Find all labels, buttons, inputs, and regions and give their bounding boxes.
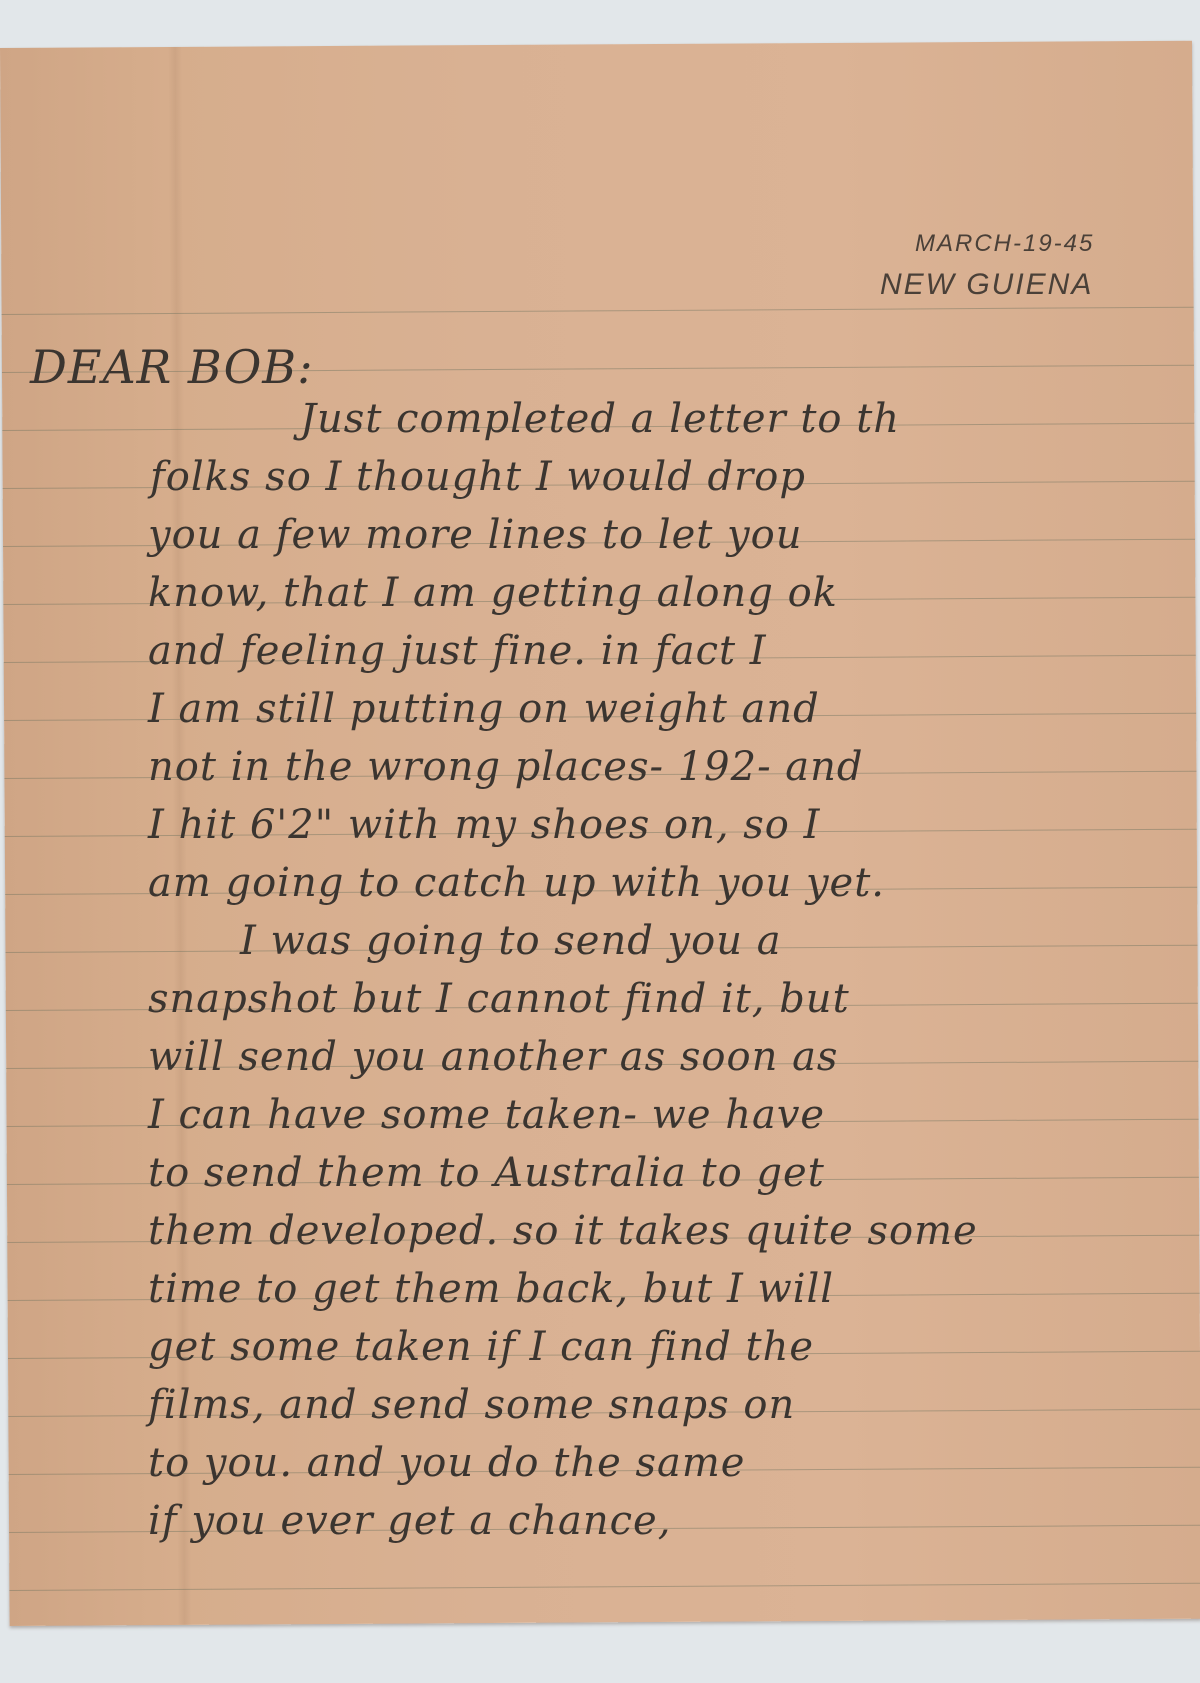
letter-line: I am still putting on weight and xyxy=(148,686,820,732)
letter-line: them developed. so it takes quite some xyxy=(148,1208,978,1254)
letter-line: films, and send some snaps on xyxy=(148,1382,795,1428)
letter-line: time to get them back, but I will xyxy=(148,1266,834,1312)
letter-line: if you ever get a chance, xyxy=(148,1498,671,1544)
letter-line: you a few more lines to let you xyxy=(148,512,803,558)
letter-line: to send them to Australia to get xyxy=(148,1150,825,1196)
letter-line: will send you another as soon as xyxy=(148,1034,838,1080)
letter-date: MARCH-19-45 xyxy=(915,230,1094,258)
letter-line: snapshot but I cannot find it, but xyxy=(148,976,850,1022)
letter-line: I was going to send you a xyxy=(240,918,782,964)
letter-line: not in the wrong places- 192- and xyxy=(148,744,864,790)
letter-line: and feeling just fine. in fact I xyxy=(148,628,767,674)
letter-line: Just completed a letter to th xyxy=(300,396,900,442)
letter-line: am going to catch up with you yet. xyxy=(148,860,885,906)
salutation: DEAR BOB: xyxy=(30,340,314,394)
letter-line: know, that I am getting along ok xyxy=(148,570,838,616)
letter-line: I hit 6'2" with my shoes on, so I xyxy=(148,802,820,848)
letter-line: I can have some taken- we have xyxy=(148,1092,825,1138)
letter-line: get some taken if I can find the xyxy=(148,1324,814,1370)
letter-line: folks so I thought I would drop xyxy=(150,454,806,500)
letter-line: to you. and you do the same xyxy=(148,1440,745,1486)
letter-place: NEW GUIENA xyxy=(880,268,1093,302)
